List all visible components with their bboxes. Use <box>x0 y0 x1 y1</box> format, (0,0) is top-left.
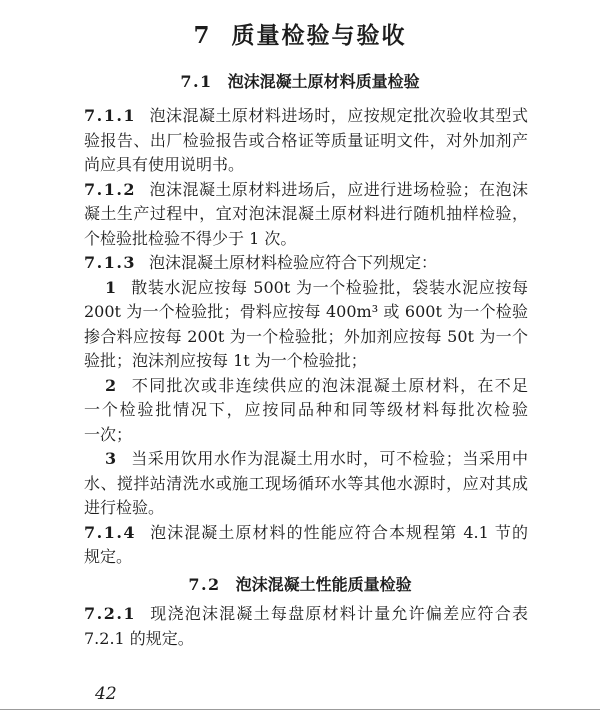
line-text: 掺合料应按每 200t 为一个检验批；外加剂应按每 50t 为一个检 <box>84 327 528 350</box>
text-line: 1散装水泥应按每 500t 为一个检验批，袋装水泥应按每 <box>84 276 528 301</box>
line-text: 散装水泥应按每 500t 为一个检验批，袋装水泥应按每 <box>131 278 528 297</box>
section-number: 7.1 <box>180 72 212 91</box>
text-line: 规定。 <box>84 545 528 570</box>
line-text: 个检验批检验不得少于 1 次。 <box>84 229 296 248</box>
text-line: 个检验批检验不得少于 1 次。 <box>84 227 528 252</box>
text-line: 进行检验。 <box>84 496 528 521</box>
text-line: 水、搅拌站清洗水或施工现场循环水等其他水源时，应对其成分 <box>84 472 528 497</box>
body-text-block-2: 7.2.1现浇泡沫混凝土每盘原材料计量允许偏差应符合表 7.2.1 的规定。 <box>84 602 528 651</box>
line-text: 不同批次或非连续供应的泡沫混凝土原材料，在不足 <box>131 376 528 395</box>
text-line: 一个检验批情况下，应按同品种和同等级材料每批次检验 <box>84 398 528 423</box>
clause-number: 7.1.1 <box>84 106 136 125</box>
line-text: 一个检验批情况下，应按同品种和同等级材料每批次检验 <box>84 400 528 419</box>
text-line: 3当采用饮用水作为混凝土用水时，可不检验；当采用中 <box>84 447 528 472</box>
text-line: 7.1.3泡沫混凝土原材料检验应符合下列规定： <box>84 251 528 276</box>
clause-number: 7.1.2 <box>84 180 136 199</box>
text-line: 7.2.1现浇泡沫混凝土每盘原材料计量允许偏差应符合表 <box>84 602 528 627</box>
text-line: 验报告、出厂检验报告或合格证等质量证明文件，对外加剂产品 <box>84 129 528 154</box>
line-text: 泡沫混凝土原材料检验应符合下列规定： <box>149 253 437 272</box>
line-text: 现浇泡沫混凝土每盘原材料计量允许偏差应符合表 <box>149 604 528 623</box>
chapter-heading: 7质量检验与验收 <box>0 17 600 50</box>
line-text: 验批；泡沫剂应按每 1t 为一个检验批； <box>84 351 367 370</box>
section-title-text: 泡沫混凝土性能质量检验 <box>236 575 412 594</box>
text-line: 一次； <box>84 423 528 448</box>
line-text: 水、搅拌站清洗水或施工现场循环水等其他水源时，应对其成分 <box>84 474 528 497</box>
line-text: 7.2.1 的规定。 <box>84 629 194 648</box>
text-line: 7.1.2泡沫混凝土原材料进场后，应进行进场检验；在泡沫混 <box>84 178 528 203</box>
text-line: 7.1.1泡沫混凝土原材料进场时，应按规定批次验收其型式检 <box>84 104 528 129</box>
line-text: 泡沫混凝土原材料的性能应符合本规程第 4.1 节的 <box>149 523 528 542</box>
section-number: 7.2 <box>188 575 220 594</box>
section-title-text: 泡沫混凝土原材料质量检验 <box>228 72 420 91</box>
list-item-number: 2 <box>105 376 118 395</box>
text-line: 掺合料应按每 200t 为一个检验批；外加剂应按每 50t 为一个检 <box>84 325 528 350</box>
list-item-number: 1 <box>105 278 118 297</box>
chapter-title-text: 质量检验与验收 <box>232 22 407 49</box>
line-text: 泡沫混凝土原材料进场时，应按规定批次验收其型式检 <box>84 106 528 129</box>
line-text: 尚应具有使用说明书。 <box>84 155 244 174</box>
line-text: 泡沫混凝土原材料进场后，应进行进场检验；在泡沫混 <box>84 180 528 203</box>
line-text: 验报告、出厂检验报告或合格证等质量证明文件，对外加剂产品 <box>84 131 528 154</box>
text-line: 2不同批次或非连续供应的泡沫混凝土原材料，在不足 <box>84 374 528 399</box>
clause-number: 7.1.3 <box>84 253 136 272</box>
text-line: 7.2.1 的规定。 <box>84 627 528 652</box>
page-bottom-rule <box>0 709 600 710</box>
text-line: 验批；泡沫剂应按每 1t 为一个检验批； <box>84 349 528 374</box>
line-text: 当采用饮用水作为混凝土用水时，可不检验；当采用中 <box>131 449 528 468</box>
text-line: 凝土生产过程中，宜对泡沫混凝土原材料进行随机抽样检验，每 <box>84 202 528 227</box>
line-text: 规定。 <box>84 547 132 566</box>
section-heading-7-1: 7.1泡沫混凝土原材料质量检验 <box>0 69 600 92</box>
page-number: 42 <box>95 684 117 704</box>
text-line: 尚应具有使用说明书。 <box>84 153 528 178</box>
text-line: 7.1.4泡沫混凝土原材料的性能应符合本规程第 4.1 节的 <box>84 521 528 546</box>
clause-number: 7.2.1 <box>84 604 136 623</box>
clause-number: 7.1.4 <box>84 523 136 542</box>
text-line: 200t 为一个检验批；骨料应按每 400m³ 或 600t 为一个检验批； <box>84 300 528 325</box>
body-text-block-1: 7.1.1泡沫混凝土原材料进场时，应按规定批次验收其型式检 验报告、出厂检验报告… <box>84 104 528 570</box>
line-text: 一次； <box>84 425 132 444</box>
list-item-number: 3 <box>105 449 118 468</box>
section-heading-7-2: 7.2泡沫混凝土性能质量检验 <box>0 572 600 595</box>
line-text: 进行检验。 <box>84 498 164 517</box>
line-text: 凝土生产过程中，宜对泡沫混凝土原材料进行随机抽样检验，每 <box>84 204 528 227</box>
line-text: 200t 为一个检验批；骨料应按每 400m³ 或 600t 为一个检验批； <box>84 302 528 325</box>
chapter-number: 7 <box>193 22 209 49</box>
